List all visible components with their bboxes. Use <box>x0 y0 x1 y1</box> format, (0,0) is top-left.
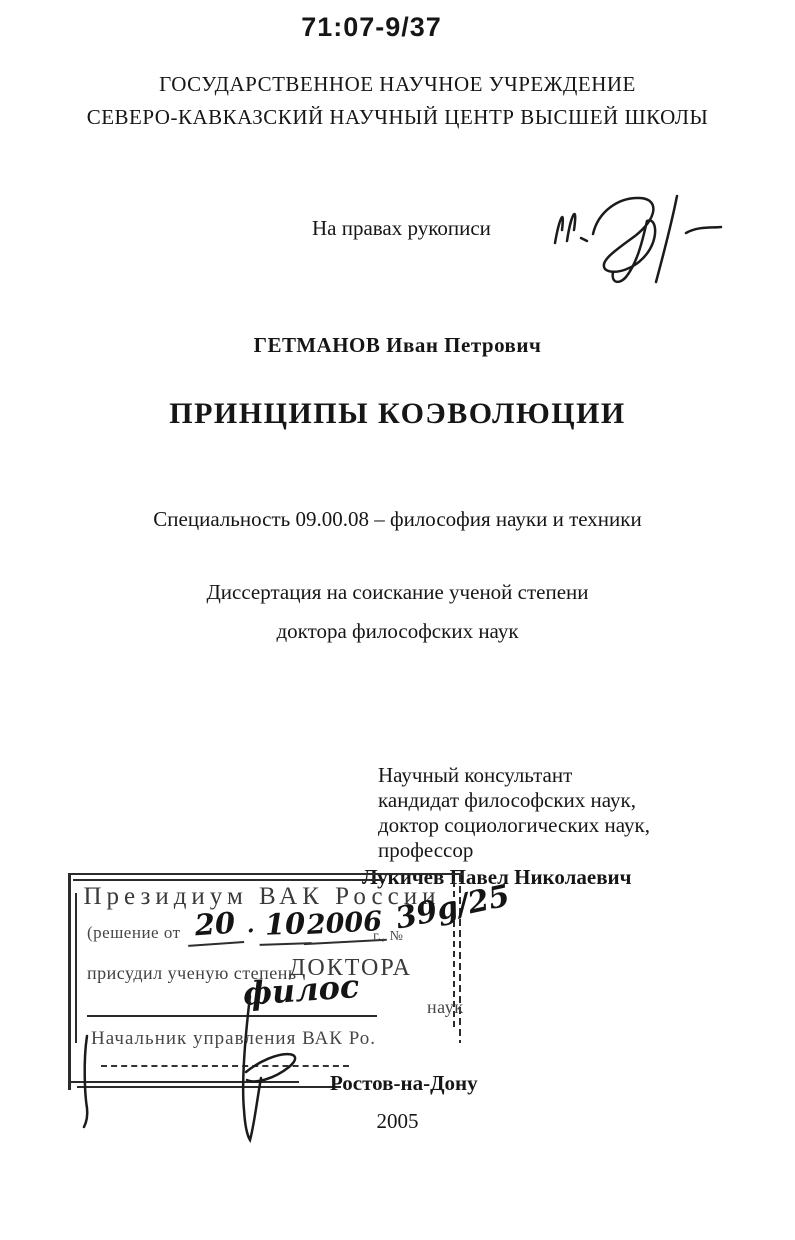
stamp-border-bottom-inner <box>77 1086 341 1088</box>
manuscript-note: На правах рукописи <box>312 216 491 241</box>
stamp-border-bottom <box>71 1081 299 1083</box>
stamp-border-top-inner <box>73 879 385 881</box>
author-signature <box>686 227 721 233</box>
stamp-handwritten-day: 20 <box>186 907 245 947</box>
stamp-decision-prefix: (решение от <box>87 923 181 943</box>
consultant-rank: профессор <box>378 838 650 863</box>
speciality-line: Специальность 09.00.08 – философия науки… <box>0 507 795 532</box>
institution-name-line1: ГОСУДАРСТВЕННОЕ НАУЧНОЕ УЧРЕЖДЕНИЕ <box>0 72 795 97</box>
author-signature <box>656 196 677 282</box>
dissertation-title: ПРИНЦИПЫ КОЭВОЛЮЦИИ <box>0 397 795 431</box>
stamp-border-left-inner <box>75 893 77 1043</box>
author-signature <box>593 198 655 282</box>
city-name: Ростов-на-Дону <box>330 1071 478 1096</box>
author-signature <box>555 217 563 243</box>
institution-name-line2: СЕВЕРО-КАВКАЗСКИЙ НАУЧНЫЙ ЦЕНТР ВЫСШЕЙ Ш… <box>0 105 795 130</box>
stamp-field-label: наук <box>427 997 463 1018</box>
stamp-signer-title: Начальник управления ВАК Ро. <box>91 1028 376 1050</box>
stamp-signature-line <box>101 1065 349 1067</box>
publication-year: 2005 <box>0 1109 795 1134</box>
stamp-handwritten-separator: · <box>247 919 255 943</box>
stamp-handwritten-field: филос <box>242 969 361 1012</box>
consultant-block: Научный консультант кандидат философских… <box>378 763 650 890</box>
dissertation-title-page: 71:07-9/37 ГОСУДАРСТВЕННОЕ НАУЧНОЕ УЧРЕЖ… <box>0 0 795 1240</box>
author-signature <box>581 238 587 241</box>
consultant-degree-2: доктор социологических наук, <box>378 813 650 838</box>
vak-approval-stamp: Президиум ВАК России (решение от 20 · 10… <box>68 873 463 1090</box>
consultant-degree-1: кандидат философских наук, <box>378 788 650 813</box>
consultant-role: Научный консультант <box>378 763 650 788</box>
archive-code: 71:07-9/37 <box>0 12 769 43</box>
stamp-field-underline <box>87 1015 377 1017</box>
degree-pursuit-line1: Диссертация на соискание ученой степени <box>0 580 795 605</box>
degree-pursuit-line2: доктора философских наук <box>0 619 795 644</box>
author-name: ГЕТМАНОВ Иван Петрович <box>0 333 795 358</box>
author-signature <box>567 214 575 241</box>
